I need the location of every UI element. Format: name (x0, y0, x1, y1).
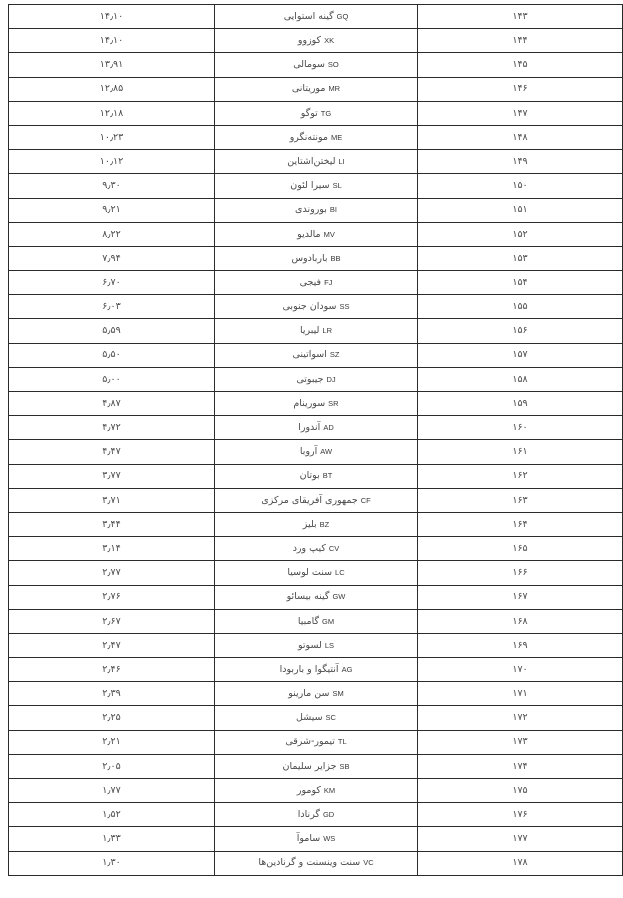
country-name: فیجی (300, 277, 321, 288)
country-name: مونته‌نگرو (290, 132, 328, 143)
country-code: SL (333, 181, 342, 190)
table-row: ۱۵۵ SSسودان جنوبی ۶٫۰۳ (9, 295, 623, 319)
country-code: DJ (326, 375, 335, 384)
value-cell: ۲٫۴۶ (9, 658, 215, 682)
country-name: جیبوتی (296, 374, 323, 385)
value-cell: ۱۴٫۱۰ (9, 29, 215, 53)
rank-cell: ۱۶۹ (418, 633, 623, 657)
country-name: جزایر سلیمان (282, 761, 336, 772)
country-cell: SBجزایر سلیمان (215, 754, 418, 778)
country-cell: SOسومالی (215, 53, 418, 77)
country-name: سودان جنوبی (283, 301, 337, 312)
country-cell: SLسیرا لئون (215, 174, 418, 198)
country-name: سومالی (293, 59, 325, 70)
country-code: SS (339, 302, 349, 311)
value-cell: ۹٫۳۰ (9, 174, 215, 198)
country-code: SZ (330, 350, 340, 359)
country-name: لسوتو (298, 640, 322, 651)
rank-cell: ۱۴۸ (418, 125, 623, 149)
country-cell: TLتیمور-شرقی (215, 730, 418, 754)
country-cell: WSساموآ (215, 827, 418, 851)
rank-cell: ۱۴۳ (418, 5, 623, 29)
country-code: AG (342, 665, 353, 674)
country-cell: BBباربادوس (215, 246, 418, 270)
value-cell: ۱۰٫۲۳ (9, 125, 215, 149)
country-cell: BIبوروندی (215, 198, 418, 222)
rank-cell: ۱۵۰ (418, 174, 623, 198)
table-row: ۱۷۳ TLتیمور-شرقی ۲٫۲۱ (9, 730, 623, 754)
country-name: لیختن‌اشتاین (287, 156, 335, 167)
rank-cell: ۱۶۱ (418, 440, 623, 464)
table-row: ۱۷۷ WSساموآ ۱٫۳۳ (9, 827, 623, 851)
table-row: ۱۵۳ BBباربادوس ۷٫۹۴ (9, 246, 623, 270)
value-cell: ۴٫۸۷ (9, 392, 215, 416)
country-code: AW (320, 447, 332, 456)
country-code: LI (338, 157, 344, 166)
country-code: MV (324, 230, 335, 239)
country-cell: CVکیپ ورد (215, 537, 418, 561)
country-code: BI (330, 205, 337, 214)
country-code: MR (328, 84, 340, 93)
country-ranking-table: ۱۴۳ GQگینه استوایی ۱۴٫۱۰ ۱۴۴ XKکوزوو ۱۴٫… (8, 4, 623, 876)
value-cell: ۲٫۷۶ (9, 585, 215, 609)
rank-cell: ۱۶۰ (418, 416, 623, 440)
value-cell: ۳٫۷۱ (9, 488, 215, 512)
country-code: LS (325, 641, 334, 650)
table-row: ۱۴۳ GQگینه استوایی ۱۴٫۱۰ (9, 5, 623, 29)
rank-cell: ۱۶۳ (418, 488, 623, 512)
table-row: ۱۴۴ XKکوزوو ۱۴٫۱۰ (9, 29, 623, 53)
country-cell: DJجیبوتی (215, 367, 418, 391)
value-cell: ۳٫۴۴ (9, 512, 215, 536)
country-code: GM (322, 617, 334, 626)
country-code: SC (326, 713, 336, 722)
rank-cell: ۱۶۶ (418, 561, 623, 585)
country-name: مالدیو (297, 229, 320, 240)
country-name: گینه بیسائو (287, 591, 330, 602)
country-cell: LRلیبریا (215, 319, 418, 343)
value-cell: ۴٫۷۲ (9, 416, 215, 440)
rank-cell: ۱۷۵ (418, 779, 623, 803)
rank-cell: ۱۵۹ (418, 392, 623, 416)
rank-cell: ۱۷۳ (418, 730, 623, 754)
table-row: ۱۶۹ LSلسوتو ۲٫۴۷ (9, 633, 623, 657)
country-cell: GDگرنادا (215, 803, 418, 827)
country-code: SB (339, 762, 349, 771)
value-cell: ۵٫۰۰ (9, 367, 215, 391)
table-row: ۱۵۷ SZاسواتینی ۵٫۵۰ (9, 343, 623, 367)
table-row: ۱۶۰ ADآندورا ۴٫۷۲ (9, 416, 623, 440)
table-row: ۱۴۵ SOسومالی ۱۳٫۹۱ (9, 53, 623, 77)
table-row: ۱۷۱ SMسن مارینو ۲٫۳۹ (9, 682, 623, 706)
rank-cell: ۱۴۶ (418, 77, 623, 101)
table-row: ۱۴۷ TGتوگو ۱۲٫۱۸ (9, 101, 623, 125)
value-cell: ۲٫۳۹ (9, 682, 215, 706)
country-name: توگو (301, 108, 318, 119)
value-cell: ۶٫۷۰ (9, 271, 215, 295)
rank-cell: ۱۶۴ (418, 512, 623, 536)
country-code: FJ (324, 278, 332, 287)
country-cell: BTبوتان (215, 464, 418, 488)
country-cell: MVمالدیو (215, 222, 418, 246)
rank-cell: ۱۵۱ (418, 198, 623, 222)
country-cell: VCسنت وینسنت و گرنادین‌ها (215, 851, 418, 875)
value-cell: ۲٫۷۷ (9, 561, 215, 585)
table-row: ۱۶۵ CVکیپ ورد ۳٫۱۴ (9, 537, 623, 561)
table-row: ۱۶۴ BZبلیز ۳٫۴۴ (9, 512, 623, 536)
table-row: ۱۴۸ MEمونته‌نگرو ۱۰٫۲۳ (9, 125, 623, 149)
table-row: ۱۵۹ SRسورینام ۴٫۸۷ (9, 392, 623, 416)
country-code: GW (332, 592, 345, 601)
rank-cell: ۱۴۹ (418, 150, 623, 174)
country-cell: SMسن مارینو (215, 682, 418, 706)
country-name: سیرا لئون (290, 180, 329, 191)
country-name: کوزوو (298, 35, 321, 46)
country-cell: SCسیشل (215, 706, 418, 730)
table-row: ۱۶۱ AWآروبا ۴٫۴۷ (9, 440, 623, 464)
rank-cell: ۱۶۵ (418, 537, 623, 561)
country-name: گرنادا (298, 809, 320, 820)
country-name: بوتان (300, 470, 320, 481)
table-row: ۱۷۲ SCسیشل ۲٫۲۵ (9, 706, 623, 730)
table-row: ۱۶۶ LCسنت لوسیا ۲٫۷۷ (9, 561, 623, 585)
country-code: BT (323, 471, 333, 480)
country-code: XK (324, 36, 334, 45)
value-cell: ۱۲٫۸۵ (9, 77, 215, 101)
country-name: سورینام (293, 398, 325, 409)
value-cell: ۲٫۶۷ (9, 609, 215, 633)
country-code: TL (338, 737, 347, 746)
country-code: SR (328, 399, 338, 408)
country-cell: FJفیجی (215, 271, 418, 295)
value-cell: ۱۲٫۱۸ (9, 101, 215, 125)
country-name: کومور (297, 785, 321, 796)
table-row: ۱۵۱ BIبوروندی ۹٫۲۱ (9, 198, 623, 222)
rank-cell: ۱۷۴ (418, 754, 623, 778)
country-name: گامبیا (298, 616, 319, 627)
country-code: ME (331, 133, 342, 142)
country-name: آندورا (298, 422, 320, 433)
country-code: WS (323, 834, 335, 843)
country-name: گینه استوایی (284, 11, 334, 22)
country-name: سنت وینسنت و گرنادین‌ها (258, 857, 360, 868)
value-cell: ۲٫۰۵ (9, 754, 215, 778)
value-cell: ۸٫۲۲ (9, 222, 215, 246)
country-code: GD (323, 810, 334, 819)
country-code: GQ (337, 12, 349, 21)
value-cell: ۵٫۵۰ (9, 343, 215, 367)
country-name: باربادوس (291, 253, 327, 264)
value-cell: ۲٫۲۵ (9, 706, 215, 730)
country-name: جمهوری آفریقای مرکزی (261, 495, 357, 506)
rank-cell: ۱۴۵ (418, 53, 623, 77)
table-row: ۱۴۶ MRموریتانی ۱۲٫۸۵ (9, 77, 623, 101)
country-name: سن مارینو (288, 688, 329, 699)
country-code: AD (323, 423, 333, 432)
rank-cell: ۱۵۲ (418, 222, 623, 246)
table-row: ۱۵۲ MVمالدیو ۸٫۲۲ (9, 222, 623, 246)
table-row: ۱۵۶ LRلیبریا ۵٫۵۹ (9, 319, 623, 343)
country-code: CV (329, 544, 339, 553)
value-cell: ۱٫۳۳ (9, 827, 215, 851)
country-name: سنت لوسیا (287, 567, 332, 578)
table-row: ۱۶۲ BTبوتان ۳٫۷۷ (9, 464, 623, 488)
country-code: BZ (320, 520, 330, 529)
country-name: ساموآ (297, 833, 321, 844)
country-cell: LSلسوتو (215, 633, 418, 657)
country-code: VC (363, 858, 373, 867)
value-cell: ۱٫۷۷ (9, 779, 215, 803)
value-cell: ۱٫۵۲ (9, 803, 215, 827)
table-row: ۱۷۴ SBجزایر سلیمان ۲٫۰۵ (9, 754, 623, 778)
country-name: لیبریا (300, 325, 319, 336)
country-cell: CFجمهوری آفریقای مرکزی (215, 488, 418, 512)
country-cell: LCسنت لوسیا (215, 561, 418, 585)
rank-cell: ۱۴۷ (418, 101, 623, 125)
table-row: ۱۷۸ VCسنت وینسنت و گرنادین‌ها ۱٫۳۰ (9, 851, 623, 875)
country-cell: SZاسواتینی (215, 343, 418, 367)
rank-cell: ۱۵۶ (418, 319, 623, 343)
country-cell: AWآروبا (215, 440, 418, 464)
value-cell: ۴٫۴۷ (9, 440, 215, 464)
rank-cell: ۱۷۶ (418, 803, 623, 827)
country-cell: GQگینه استوایی (215, 5, 418, 29)
country-cell: LIلیختن‌اشتاین (215, 150, 418, 174)
rank-cell: ۱۶۲ (418, 464, 623, 488)
value-cell: ۹٫۲۱ (9, 198, 215, 222)
country-cell: SSسودان جنوبی (215, 295, 418, 319)
table-row: ۱۵۸ DJجیبوتی ۵٫۰۰ (9, 367, 623, 391)
country-code: BB (331, 254, 341, 263)
rank-cell: ۱۵۸ (418, 367, 623, 391)
value-cell: ۳٫۷۷ (9, 464, 215, 488)
country-cell: GWگینه بیسائو (215, 585, 418, 609)
country-name: موریتانی (292, 83, 326, 94)
country-code: CF (361, 496, 371, 505)
country-cell: ADآندورا (215, 416, 418, 440)
ranking-table-container: ۱۴۳ GQگینه استوایی ۱۴٫۱۰ ۱۴۴ XKکوزوو ۱۴٫… (8, 4, 619, 876)
rank-cell: ۱۵۳ (418, 246, 623, 270)
country-cell: KMکومور (215, 779, 418, 803)
value-cell: ۱٫۳۰ (9, 851, 215, 875)
table-row: ۱۷۶ GDگرنادا ۱٫۵۲ (9, 803, 623, 827)
rank-cell: ۱۶۸ (418, 609, 623, 633)
country-cell: TGتوگو (215, 101, 418, 125)
country-cell: MRموریتانی (215, 77, 418, 101)
rank-cell: ۱۷۰ (418, 658, 623, 682)
country-cell: BZبلیز (215, 512, 418, 536)
rank-cell: ۱۵۵ (418, 295, 623, 319)
country-cell: AGآنتیگوا و باربودا (215, 658, 418, 682)
table-row: ۱۷۰ AGآنتیگوا و باربودا ۲٫۴۶ (9, 658, 623, 682)
country-name: آروبا (300, 446, 317, 457)
country-cell: XKکوزوو (215, 29, 418, 53)
country-name: اسواتینی (292, 349, 326, 360)
value-cell: ۵٫۵۹ (9, 319, 215, 343)
country-name: بلیز (303, 519, 317, 530)
country-name: سیشل (296, 712, 323, 723)
value-cell: ۱۳٫۹۱ (9, 53, 215, 77)
table-row: ۱۵۴ FJفیجی ۶٫۷۰ (9, 271, 623, 295)
rank-cell: ۱۴۴ (418, 29, 623, 53)
value-cell: ۳٫۱۴ (9, 537, 215, 561)
country-code: SO (328, 60, 339, 69)
rank-cell: ۱۵۷ (418, 343, 623, 367)
value-cell: ۶٫۰۳ (9, 295, 215, 319)
value-cell: ۱۴٫۱۰ (9, 5, 215, 29)
rank-cell: ۱۷۸ (418, 851, 623, 875)
table-row: ۱۷۵ KMکومور ۱٫۷۷ (9, 779, 623, 803)
rank-cell: ۱۷۷ (418, 827, 623, 851)
table-row: ۱۶۷ GWگینه بیسائو ۲٫۷۶ (9, 585, 623, 609)
country-cell: GMگامبیا (215, 609, 418, 633)
rank-cell: ۱۷۲ (418, 706, 623, 730)
country-name: کیپ ورد (293, 543, 326, 554)
country-name: تیمور-شرقی (285, 736, 335, 747)
table-body: ۱۴۳ GQگینه استوایی ۱۴٫۱۰ ۱۴۴ XKکوزوو ۱۴٫… (9, 5, 623, 876)
value-cell: ۲٫۲۱ (9, 730, 215, 754)
table-row: ۱۶۸ GMگامبیا ۲٫۶۷ (9, 609, 623, 633)
country-cell: MEمونته‌نگرو (215, 125, 418, 149)
country-code: TG (321, 109, 331, 118)
value-cell: ۲٫۴۷ (9, 633, 215, 657)
rank-cell: ۱۷۱ (418, 682, 623, 706)
country-code: LC (335, 568, 345, 577)
table-row: ۱۶۳ CFجمهوری آفریقای مرکزی ۳٫۷۱ (9, 488, 623, 512)
country-code: LR (322, 326, 332, 335)
rank-cell: ۱۵۴ (418, 271, 623, 295)
country-code: SM (332, 689, 343, 698)
value-cell: ۷٫۹۴ (9, 246, 215, 270)
country-cell: SRسورینام (215, 392, 418, 416)
country-code: KM (324, 786, 335, 795)
value-cell: ۱۰٫۱۲ (9, 150, 215, 174)
rank-cell: ۱۶۷ (418, 585, 623, 609)
table-row: ۱۴۹ LIلیختن‌اشتاین ۱۰٫۱۲ (9, 150, 623, 174)
country-name: آنتیگوا و باربودا (280, 664, 339, 675)
table-row: ۱۵۰ SLسیرا لئون ۹٫۳۰ (9, 174, 623, 198)
country-name: بوروندی (295, 204, 327, 215)
